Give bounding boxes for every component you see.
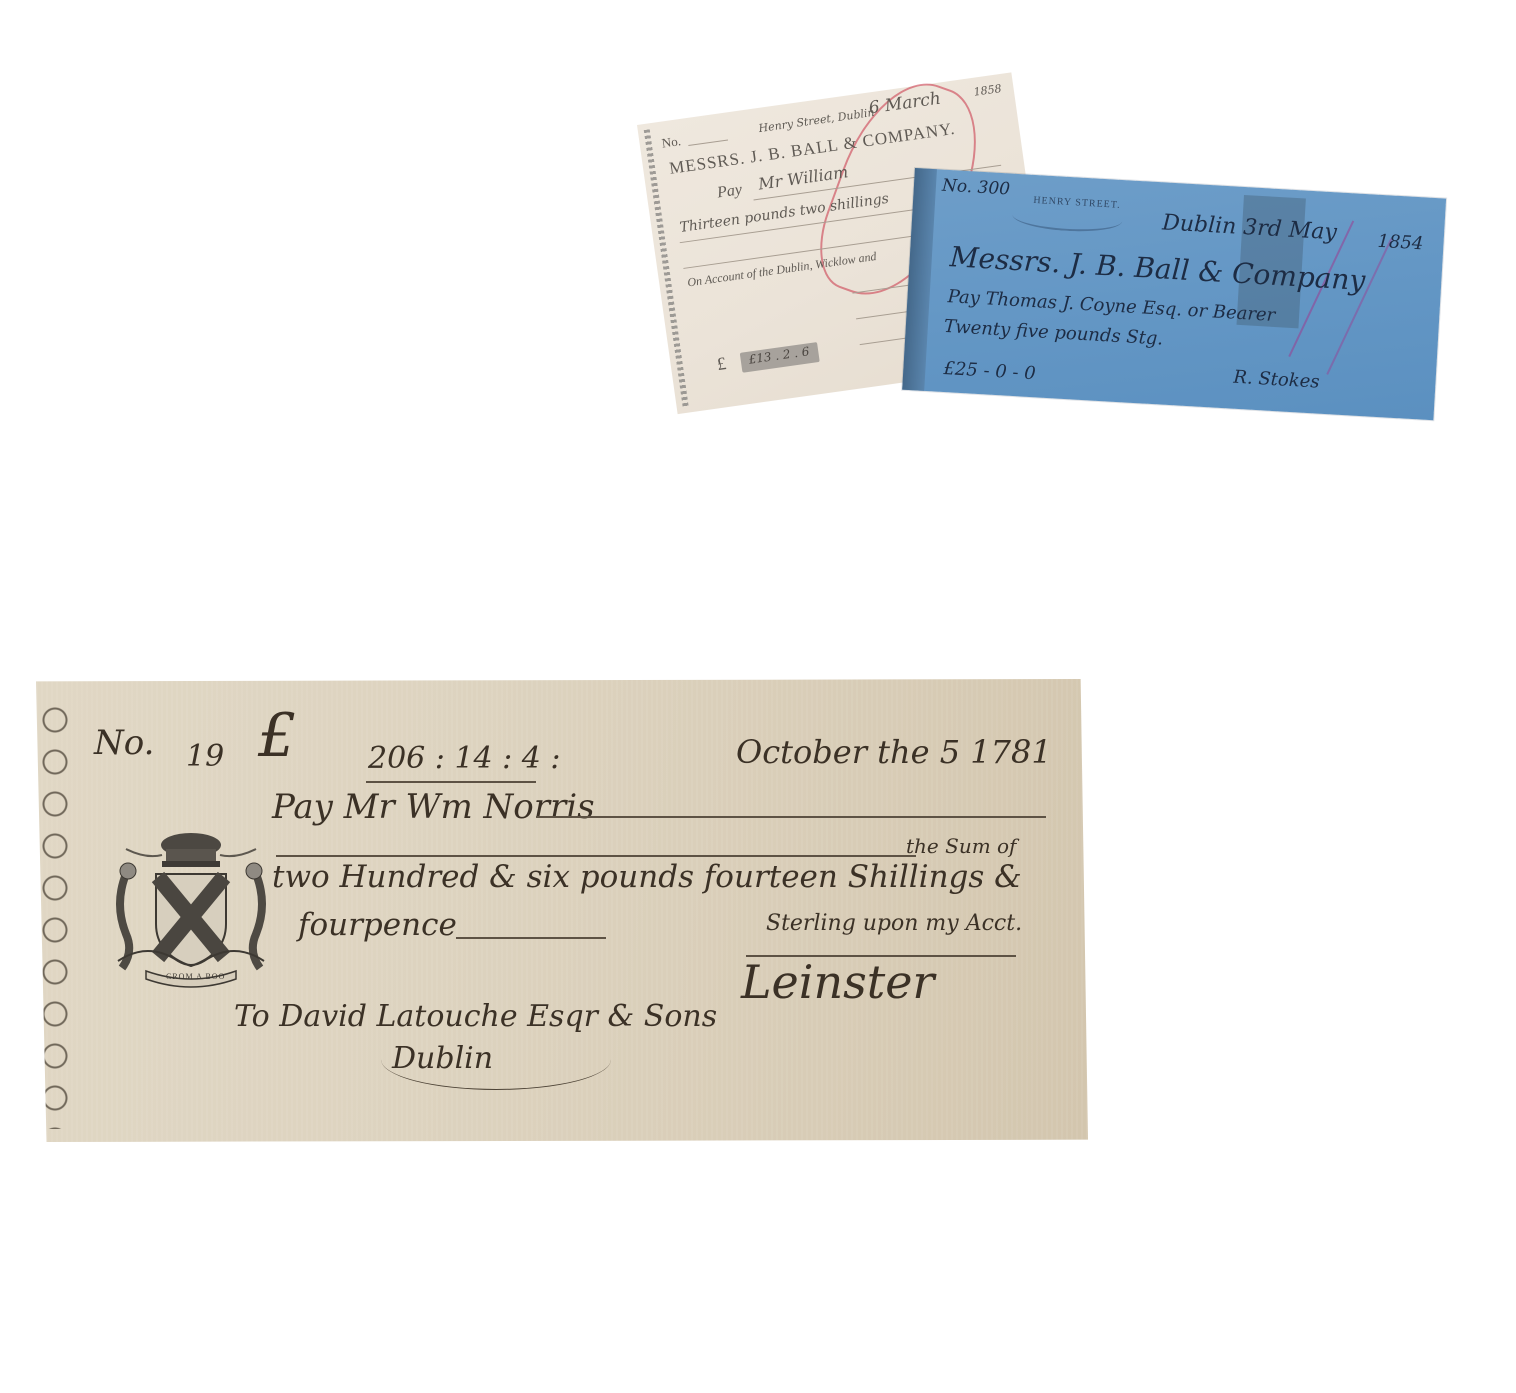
place-date: Dublin 3rd May — [1162, 210, 1338, 245]
cheque-latouche-1781: No. 19 £ 206 : 14 : 4 : October the 5 17… — [36, 679, 1088, 1142]
amount-figure-box: £13 . 2 . 6 — [740, 342, 820, 373]
cheque-number: No. 300 — [941, 176, 1010, 200]
crest-motto: CROM A BOO — [166, 972, 225, 981]
amount-figure: 206 : 14 : 4 : — [368, 741, 561, 776]
amount-words: Twenty five pounds Stg. — [943, 316, 1163, 350]
amount-words-line1: two Hundred & six pounds fourteen Shilli… — [272, 859, 1022, 895]
cheque-henry-street-1854: No. 300 HENRY STREET. Dublin 3rd May 185… — [902, 168, 1446, 420]
sum-label: the Sum of — [906, 834, 1016, 858]
ornamental-scroll-border — [38, 699, 72, 1129]
cheque-year: 1858 — [973, 82, 1003, 99]
amount-figure: £25 - 0 - 0 — [943, 358, 1036, 384]
amount-figure: £13 . 2 . 6 — [748, 344, 810, 366]
pound-sign-icon: £ — [258, 701, 296, 771]
pound-sign-icon: £ — [716, 353, 728, 375]
signature: Leinster — [741, 955, 934, 1009]
cheque-date: October the 5 1781 — [736, 733, 1052, 771]
cheque-number-label: No. — [94, 723, 154, 763]
pay-line: Pay Mr Wm Norris — [272, 787, 595, 827]
coat-of-arms-icon: CROM A BOO — [96, 829, 286, 989]
amount-words-line2: fourpence — [298, 907, 457, 943]
city-flourish — [381, 1029, 611, 1090]
cheque-number: 19 — [186, 739, 224, 774]
sterling-line: Sterling upon my Acct. — [766, 911, 1022, 936]
bank-name: Messrs. J. B. Ball & Company — [949, 240, 1366, 297]
cheque-number-label: No. — [661, 133, 682, 152]
signature: R. Stokes — [1233, 367, 1320, 393]
cheque-year: 1854 — [1377, 231, 1424, 255]
cheque-address: Henry Street, Dublin — [758, 106, 876, 135]
pay-label: Pay — [716, 181, 743, 202]
